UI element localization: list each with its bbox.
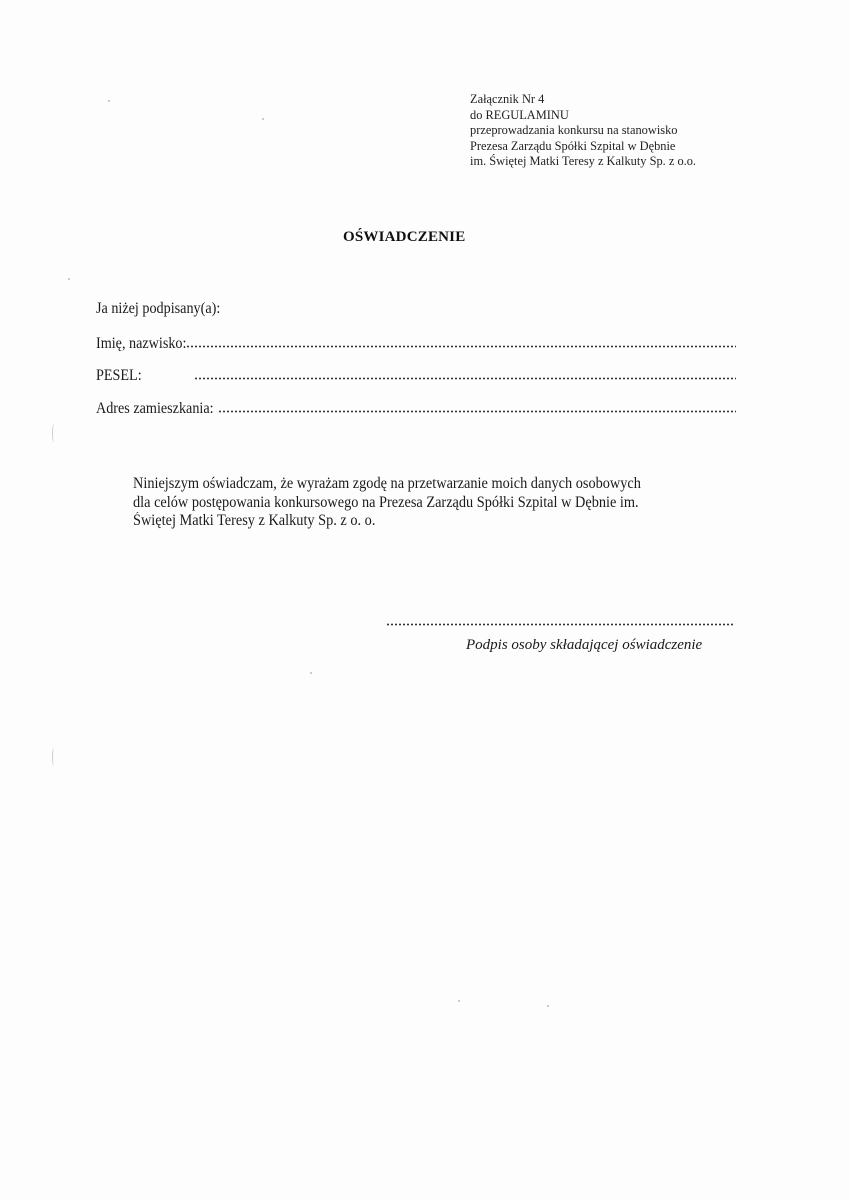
annex-line: do REGULAMINU: [470, 108, 696, 124]
consent-statement: Niniejszym oświadczam, że wyrażam zgodę …: [133, 475, 773, 531]
name-field-dotted-line[interactable]: [186, 334, 736, 348]
scan-speck: [310, 672, 312, 674]
name-field[interactable]: Imię, nazwisko:: [96, 334, 736, 356]
annex-line: im. Świętej Matki Teresy z Kalkuty Sp. z…: [470, 154, 696, 170]
annex-line: przeprowadzania konkursu na stanowisko: [470, 123, 696, 139]
scan-mark: [52, 748, 56, 766]
pesel-field-dotted-line[interactable]: [194, 366, 736, 380]
annex-line: Prezesa Zarządu Spółki Szpital w Dębnie: [470, 139, 696, 155]
annex-line: Załącznik Nr 4: [470, 92, 696, 108]
address-field[interactable]: Adres zamieszkania:: [96, 399, 736, 421]
signature-label: Podpis osoby składającej oświadczenie: [466, 637, 702, 654]
pesel-field-label: PESEL:: [96, 367, 142, 385]
signature-dotted-line[interactable]: [386, 618, 734, 628]
address-field-label: Adres zamieszkania:: [96, 400, 214, 418]
scan-speck: [262, 118, 264, 120]
scan-speck: [547, 1005, 549, 1007]
pesel-field[interactable]: PESEL:: [96, 366, 736, 388]
statement-line: Świętej Matki Teresy z Kalkuty Sp. z o. …: [133, 512, 728, 531]
scan-speck: [108, 100, 110, 102]
statement-line: Niniejszym oświadczam, że wyrażam zgodę …: [133, 475, 728, 494]
name-field-label: Imię, nazwisko:: [96, 335, 186, 353]
scan-speck: [68, 278, 70, 280]
document-page: Załącznik Nr 4 do REGULAMINU przeprowadz…: [0, 0, 849, 1200]
annex-header: Załącznik Nr 4 do REGULAMINU przeprowadz…: [470, 92, 696, 170]
intro-text: Ja niżej podpisany(a):: [96, 300, 220, 318]
scan-speck: [458, 1000, 460, 1002]
scan-mark: [52, 424, 56, 442]
statement-line: dla celów postępowania konkursowego na P…: [133, 494, 728, 513]
document-title: OŚWIADCZENIE: [343, 229, 465, 246]
address-field-dotted-line[interactable]: [218, 399, 736, 413]
